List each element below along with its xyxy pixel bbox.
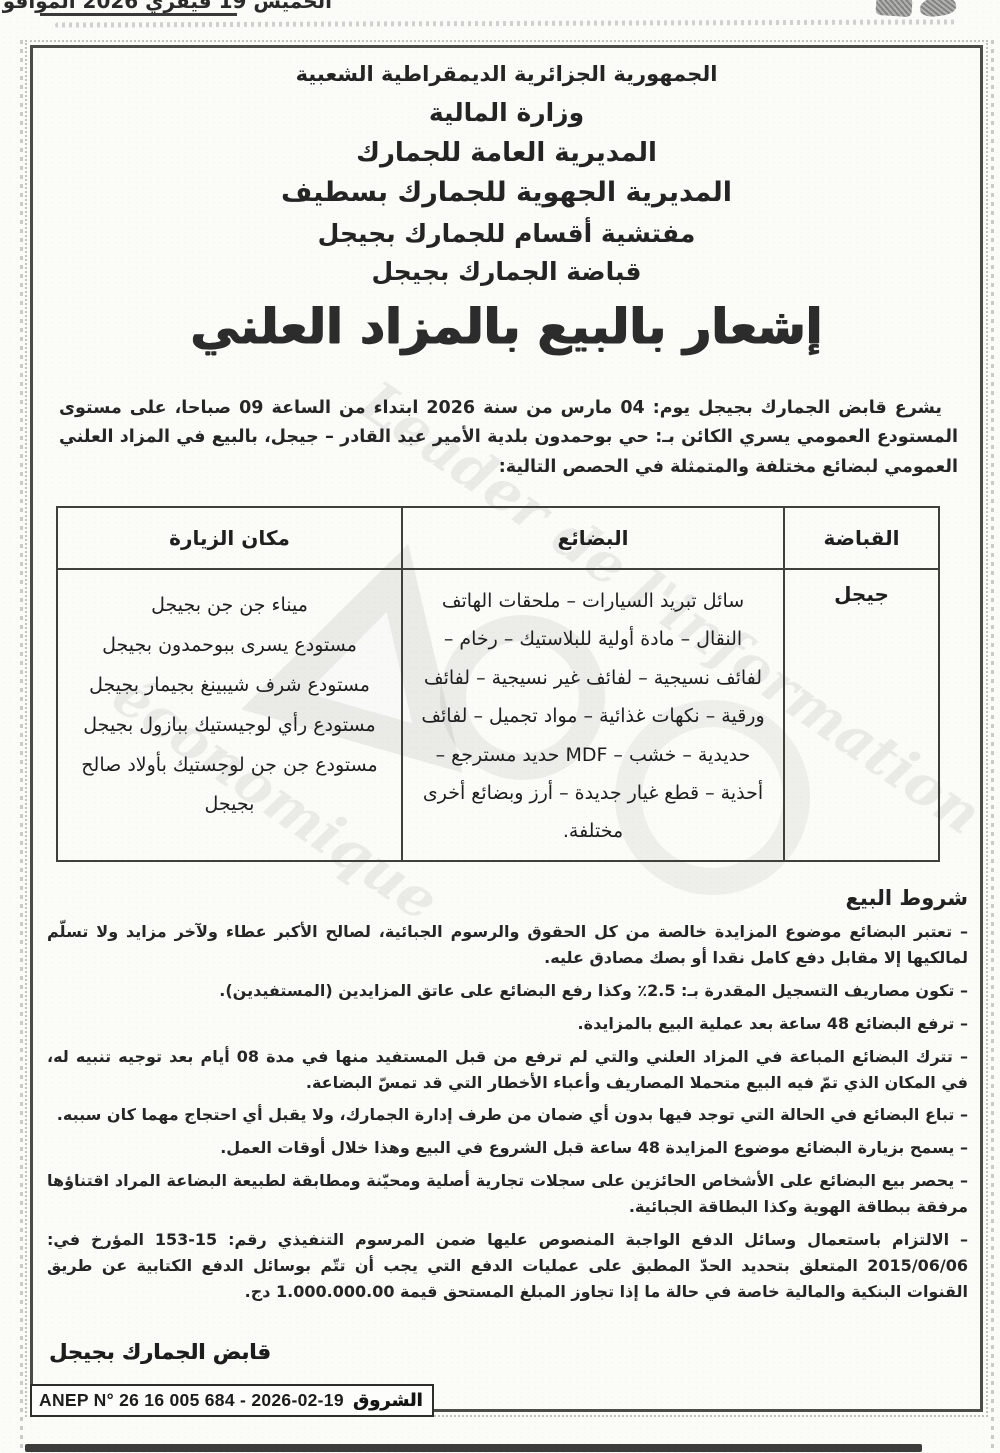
visit-place-line: مستودع شرف شيبينغ بجيمار بجيجل <box>68 666 391 706</box>
org-header: الجمهورية الجزائرية الديمقراطية الشعبية … <box>33 60 980 288</box>
visit-place-line: مستودع رأي لوجيستيك ببازول بجيجل <box>68 706 391 746</box>
visit-place-line: ميناء جن جن بجيجل <box>68 586 391 626</box>
condition-item: – يحصر بيع البضائع على الأشخاص الحائزين … <box>47 1168 968 1220</box>
org-line-regional-dir: المديرية الجهوية للجمارك بسطيف <box>33 176 980 210</box>
column-header-qabada: القباضة <box>784 507 939 569</box>
date-underline <box>40 13 237 16</box>
condition-item: – تعتبر البضائع موضوع المزايدة خالصة من … <box>47 919 968 971</box>
next-ad-top-border <box>25 1444 922 1452</box>
org-line-republic: الجمهورية الجزائرية الديمقراطية الشعبية <box>33 60 980 88</box>
notice-frame: الجمهورية الجزائرية الديمقراطية الشعبية … <box>30 45 983 1412</box>
org-line-general-dir: المديرية العامة للجمارك <box>33 136 980 170</box>
column-separator <box>991 40 994 1453</box>
masthead-logo-fragment-icon <box>875 0 912 17</box>
lots-table: القباضة البضائع مكان الزيارة جيجل سائل ت… <box>56 506 940 862</box>
condition-item: – تباع البضائع في الحالة التي توجد فيها … <box>47 1102 968 1128</box>
condition-item: – يسمح بزيارة البضائع موضوع المزايدة 48 … <box>47 1135 968 1161</box>
sale-conditions-title: شروط البيع <box>47 886 968 910</box>
scanned-newspaper-notice: الخميس 19 فيفري 2026 الموافق Leader de l… <box>0 0 1000 1453</box>
condition-item: – ترفع البضائع 48 ساعة بعد عملية البيع ب… <box>47 1011 968 1037</box>
condition-item: – تكون مصاريف التسجيل المقدرة بـ: 2.5٪ و… <box>47 978 968 1004</box>
signature-line: قابض الجمارك بجيجل <box>49 1340 271 1364</box>
newspaper-date-text: الخميس 19 فيفري 2026 الموافق <box>2 0 332 13</box>
cell-goods: سائل تبريد السيارات – ملحقات الهاتف النق… <box>402 569 784 861</box>
scan-noise-line <box>55 19 955 27</box>
anep-number: ANEP N° 26 16 005 684 - 2026-02-19 <box>39 1390 344 1411</box>
notice-title: إشعار بالبيع بالمزاد العلني <box>33 298 980 355</box>
table-header-row: القباضة البضائع مكان الزيارة <box>57 507 939 569</box>
org-line-inspectorate: مفتشية أقسام للجمارك بجيجل <box>33 217 980 250</box>
intro-paragraph: يشرع قابض الجمارك بجيجل يوم: 04 مارس من … <box>59 394 958 482</box>
sale-conditions-section: شروط البيع – تعتبر البضائع موضوع المزايد… <box>47 886 968 1312</box>
column-header-visit-place: مكان الزيارة <box>57 507 402 569</box>
cell-qabada: جيجل <box>784 569 939 861</box>
newspaper-logo: الشروق <box>353 1390 423 1411</box>
visit-place-line: مستودع جن جن لوجستيك بأولاد صالح بجيجل <box>68 746 391 826</box>
cell-visit-places: ميناء جن جن بجيجل مستودع يسرى ببوحمدون ب… <box>57 569 402 861</box>
column-separator <box>20 40 23 1453</box>
masthead-emblem-fragment-icon <box>919 0 957 18</box>
org-line-ministry: وزارة المالية <box>33 97 980 129</box>
anep-reference-box: ANEP N° 26 16 005 684 - 2026-02-19 الشرو… <box>30 1384 434 1417</box>
table-row: جيجل سائل تبريد السيارات – ملحقات الهاتف… <box>57 569 939 861</box>
condition-item: – الالتزام باستعمال وسائل الدفع الواجبة … <box>47 1227 968 1305</box>
condition-item: – تترك البضائع المباعة في المزاد العلني … <box>47 1044 968 1096</box>
visit-place-line: مستودع يسرى ببوحمدون بجيجل <box>68 626 391 666</box>
column-header-goods: البضائع <box>402 507 784 569</box>
org-line-collection: قباضة الجمارك بجيجل <box>33 255 980 288</box>
